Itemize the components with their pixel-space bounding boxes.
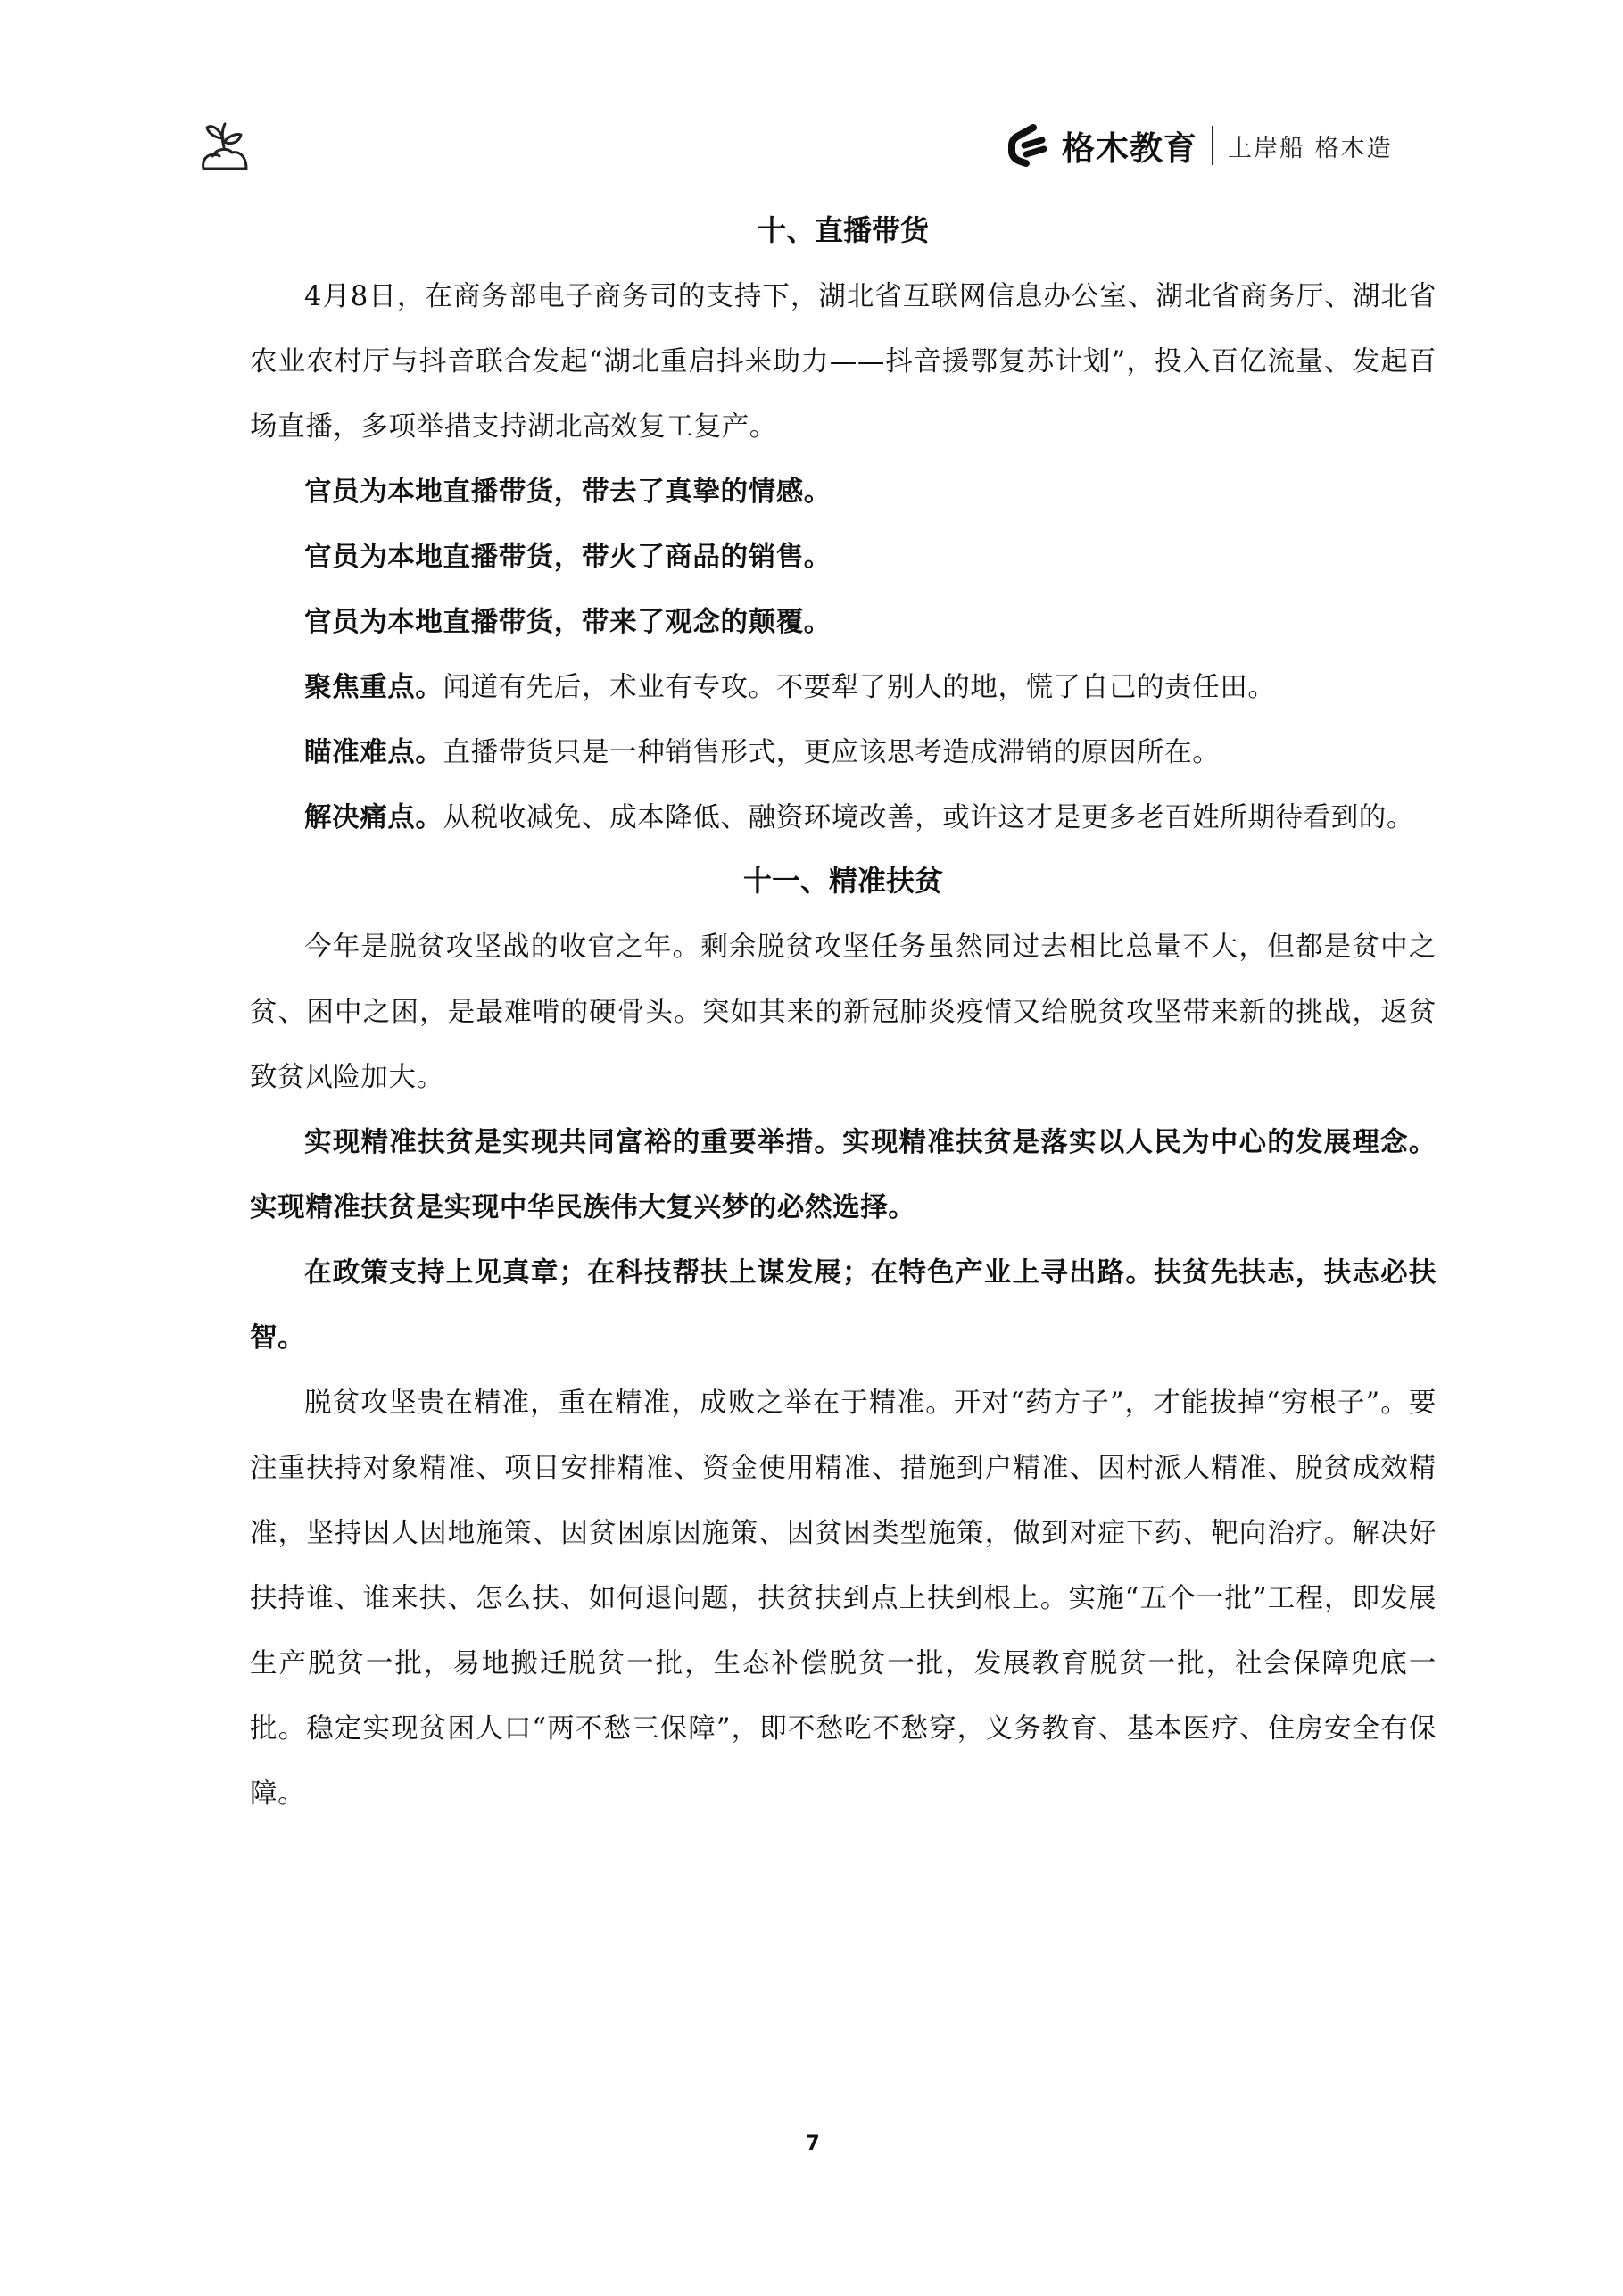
bold-paragraph: 在政策支持上见真章；在科技帮扶上谋发展；在特色产业上寻出路。扶贫先扶志，扶志必扶…: [250, 1240, 1437, 1371]
bold-paragraph: 官员为本地直播带货，带火了商品的销售。: [250, 525, 1437, 590]
paragraph-lead: 解决痛点。: [304, 802, 443, 833]
paragraph: 解决痛点。从税收减免、成本降低、融资环境改善，或许这才是更多老百姓所期待看到的。: [250, 785, 1437, 850]
paragraph: 4月8日，在商务部电子商务司的支持下，湖北省互联网信息办公室、湖北省商务厅、湖北…: [250, 264, 1437, 460]
brand-slogan: 上岸船 格木造: [1228, 128, 1393, 163]
paragraph: 脱贫攻坚贵在精准，重在精准，成败之举在于精准。开对“药方子”，才能拔掉“穷根子”…: [250, 1371, 1437, 1827]
page-number: 7: [799, 2133, 826, 2155]
bold-paragraph: 实现精准扶贫是实现共同富裕的重要举措。实现精准扶贫是落实以人民为中心的发展理念。…: [250, 1110, 1437, 1240]
brand-name: 格木教育: [1062, 121, 1197, 170]
brand-header: 格木教育 上岸船 格木造: [1006, 123, 1393, 168]
paragraph-lead: 聚焦重点。: [304, 672, 443, 703]
section-heading: 十一、精准扶贫: [250, 858, 1437, 904]
paragraph-text: 闻道有先后，术业有专攻。不要犁了别人的地，慌了自己的责任田。: [443, 672, 1276, 703]
bold-paragraph: 官员为本地直播带货，带去了真挚的情感。: [250, 460, 1437, 525]
section-heading: 十、直播带货: [250, 207, 1437, 253]
gemu-logo-icon: [1006, 124, 1049, 167]
paragraph: 瞄准难点。直播带货只是一种销售形式，更应该思考造成滞销的原因所在。: [250, 720, 1437, 785]
paragraph-text: 直播带货只是一种销售形式，更应该思考造成滞销的原因所在。: [443, 737, 1221, 768]
paragraph-text: 从税收减免、成本降低、融资环境改善，或许这才是更多老百姓所期待看到的。: [443, 802, 1415, 833]
paragraph: 聚焦重点。闻道有先后，术业有专攻。不要犁了别人的地，慌了自己的责任田。: [250, 655, 1437, 720]
paragraph-lead: 瞄准难点。: [304, 737, 443, 768]
sprout-icon: [198, 119, 252, 174]
document-body: 十、直播带货 4月8日，在商务部电子商务司的支持下，湖北省互联网信息办公室、湖北…: [250, 207, 1437, 1827]
bold-paragraph: 官员为本地直播带货，带来了观念的颠覆。: [250, 590, 1437, 655]
paragraph: 今年是脱贫攻坚战的收官之年。剩余脱贫攻坚任务虽然同过去相比总量不大，但都是贫中之…: [250, 915, 1437, 1110]
brand-divider: [1212, 126, 1213, 165]
